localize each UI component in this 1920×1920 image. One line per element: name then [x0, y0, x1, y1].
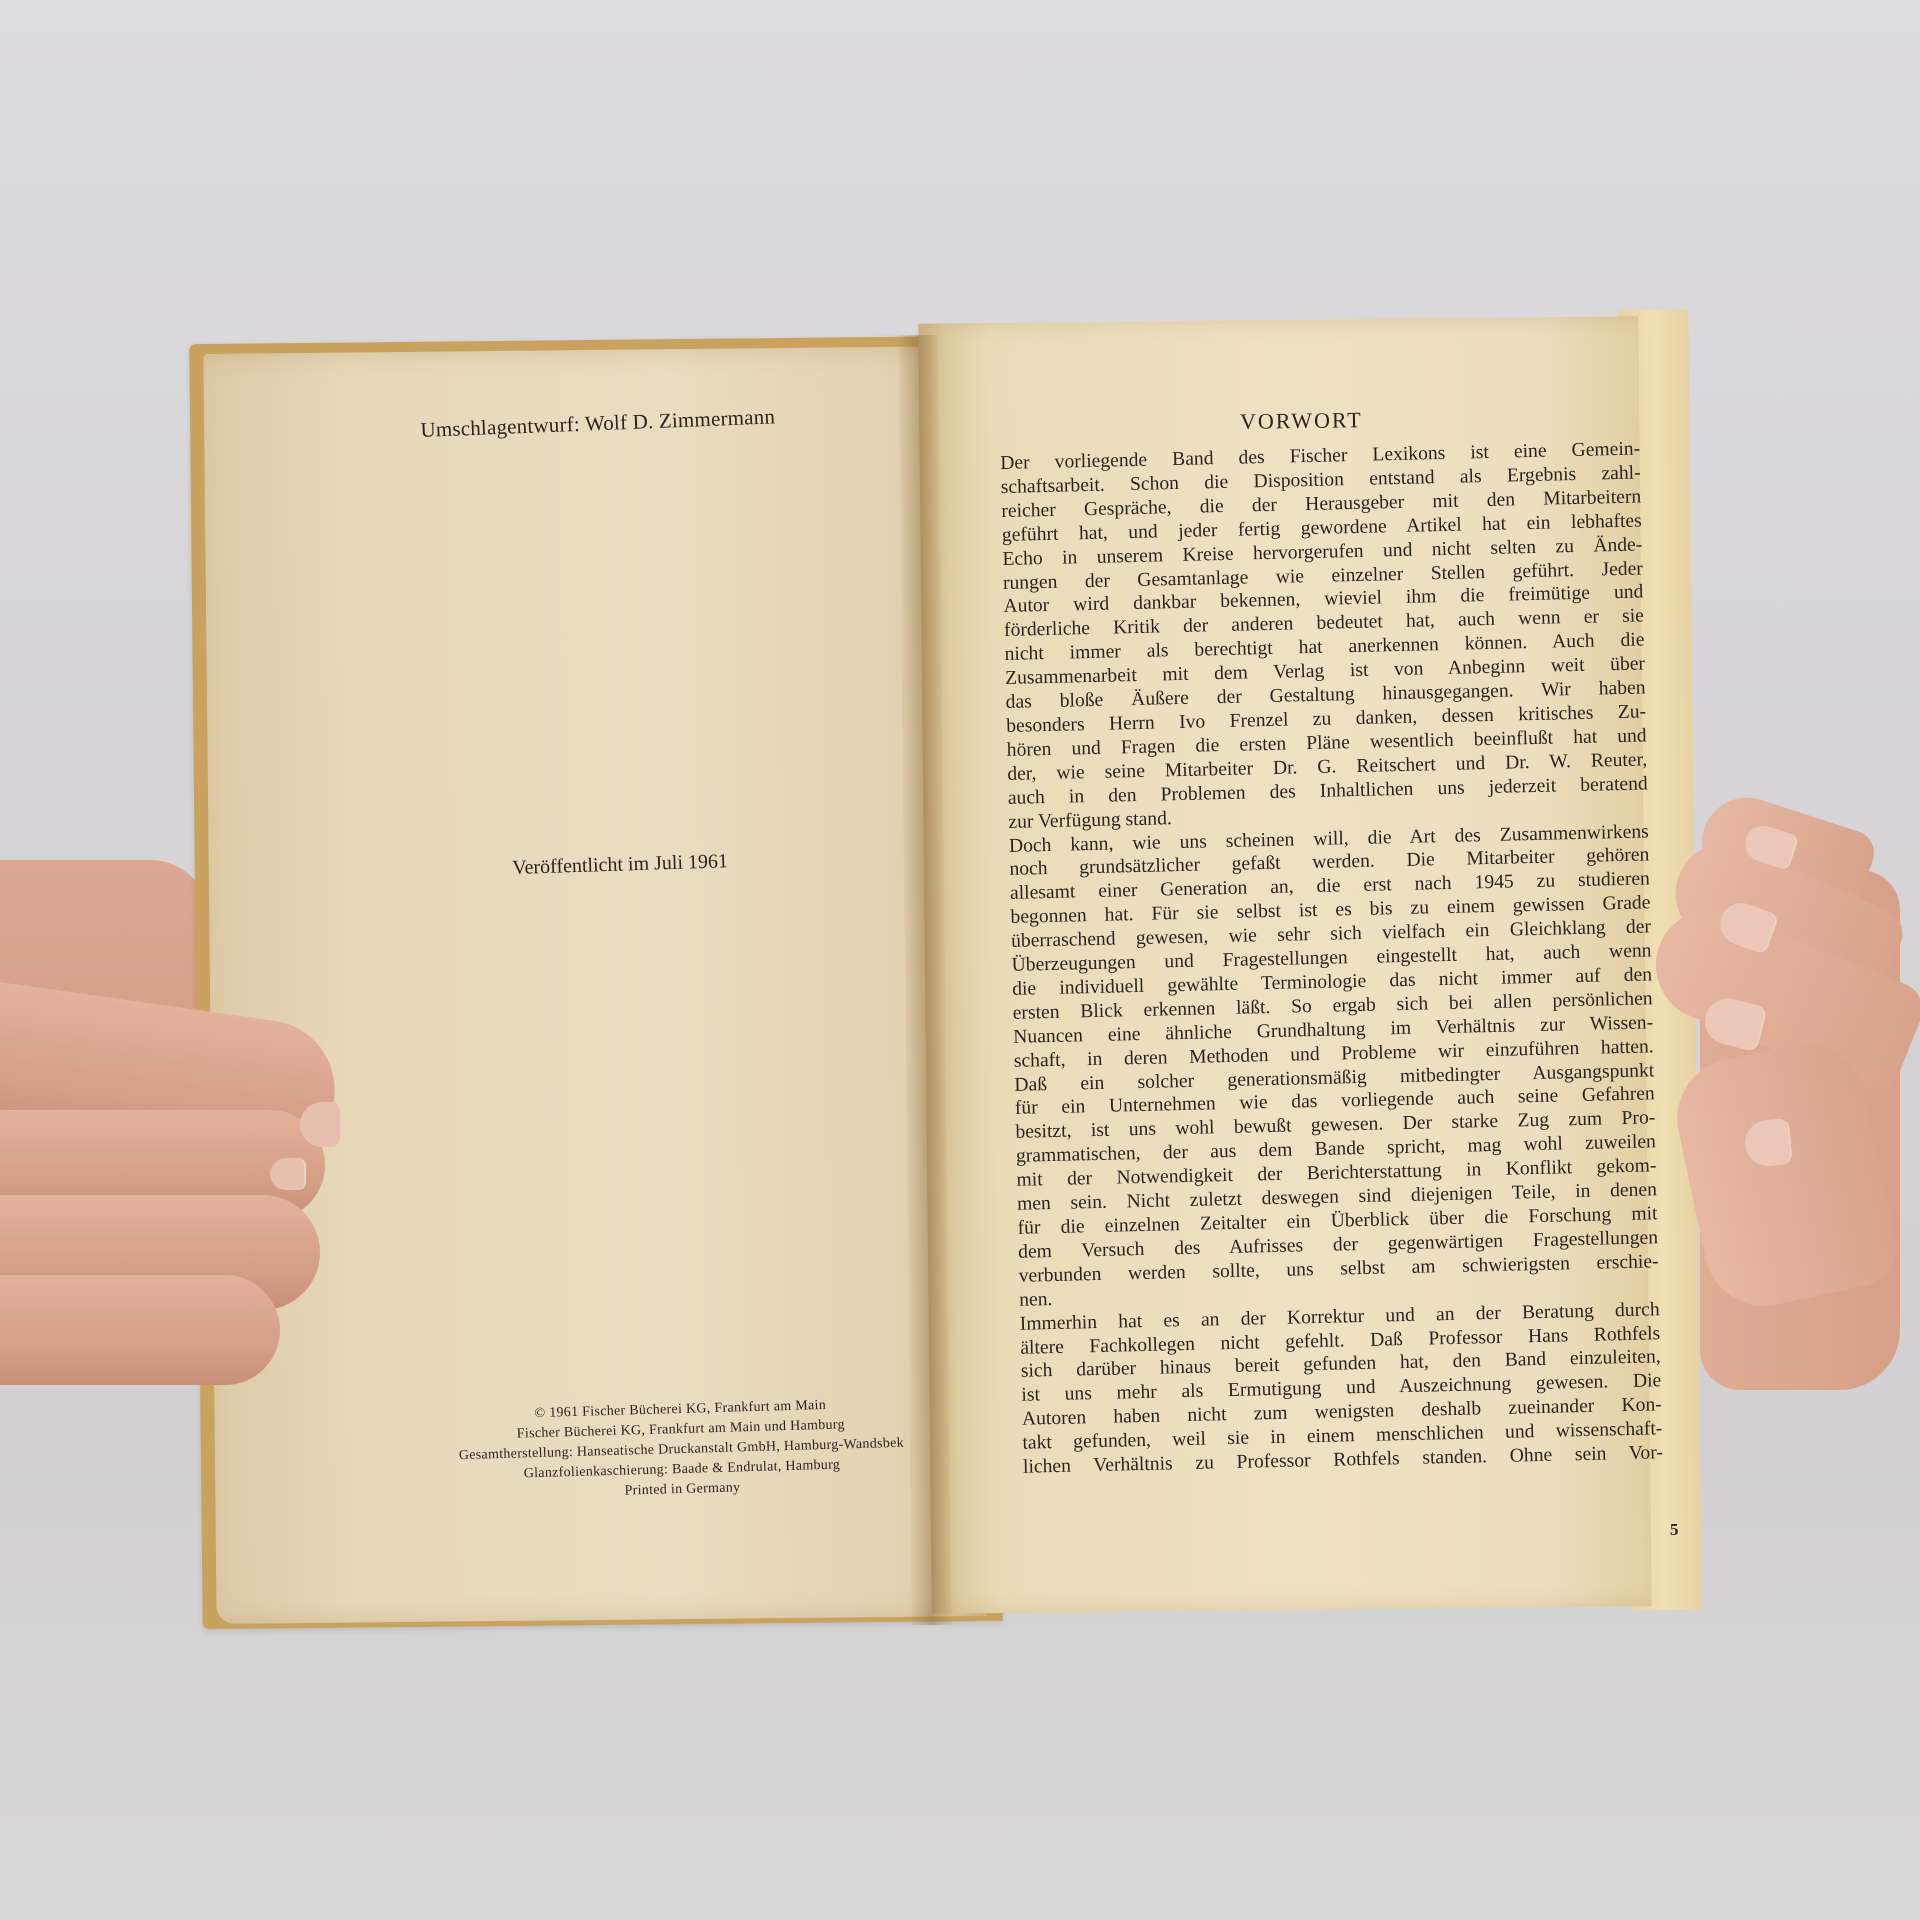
preface-body: Der vorliegende Band des Fischer Lexikon… — [1000, 437, 1663, 1479]
imprint-block: © 1961 Fischer Bücherei KG, Frankfurt am… — [380, 1392, 983, 1509]
page-number: 5 — [1670, 1520, 1679, 1540]
fingernail — [300, 1102, 342, 1147]
left-hand-finger — [0, 1275, 280, 1385]
photo-scene: Umschlagentwurf: Wolf D. Zimmermann Verö… — [0, 0, 1920, 1920]
fingernail — [270, 1158, 306, 1190]
chapter-title: VORWORT — [1240, 407, 1363, 435]
